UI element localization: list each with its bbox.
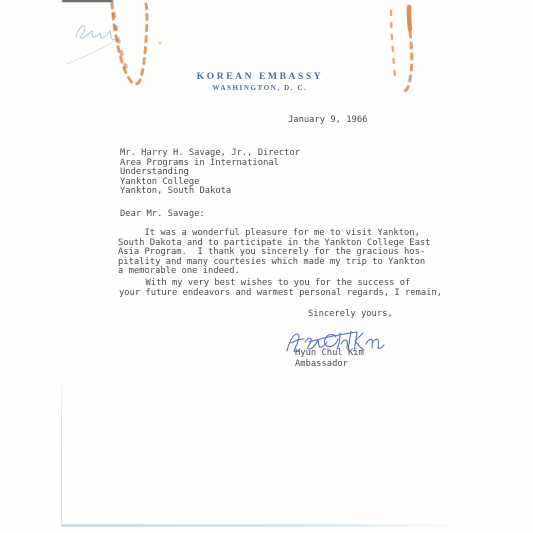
paper-bottom-edge [62,524,470,527]
typed-signature-name: Hyun Chul Kim [295,349,364,359]
pencil-note-icon [67,26,118,64]
letterhead: KOREAN EMBASSY WASHINGTON, D. C. [160,72,360,92]
tape-stain-left-icon [112,3,161,84]
date-line: January 9, 1966 [288,116,367,126]
paper-left-edge [61,376,62,527]
recipient-address: Mr. Harry H. Savage, Jr., DirectorArea P… [120,149,300,197]
typed-signature-title: Ambassador [295,360,348,370]
letterhead-organization: KOREAN EMBASSY [160,72,360,82]
letterhead-location: WASHINGTON, D. C. [160,84,360,92]
paper-top-edge [62,0,113,2]
body-paragraph-1: It was a wonderful pleasure for me to vi… [118,229,430,277]
closing-line: Sincerely yours, [308,310,393,320]
tape-stain-right-icon [391,7,412,91]
body-paragraph-2: With my very best wishes to you for the … [119,279,442,298]
scanned-letter: KOREAN EMBASSY WASHINGTON, D. C. January… [0,0,533,533]
salutation: Dear Mr. Savage: [120,210,205,220]
